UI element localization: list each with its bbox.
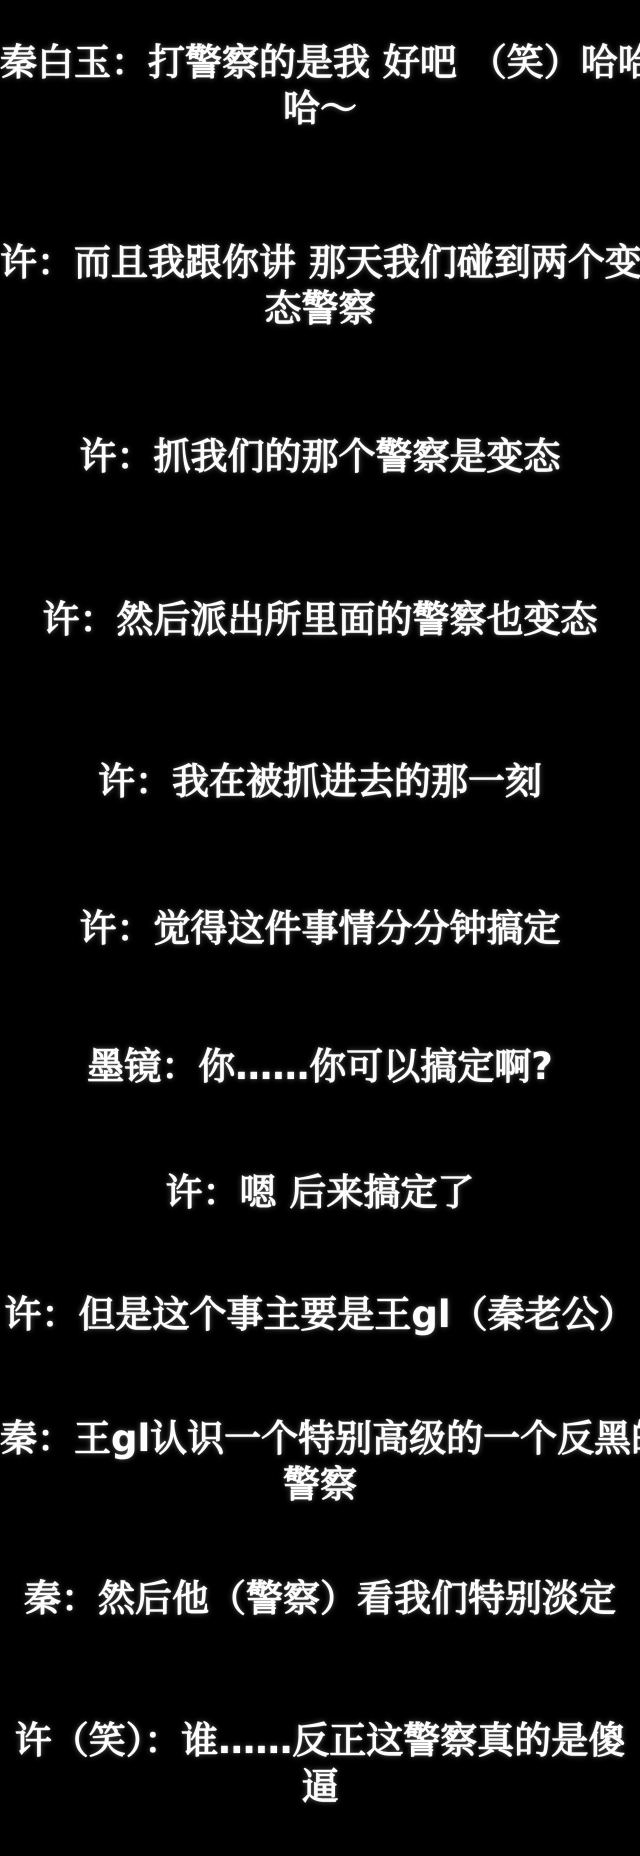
subtitle-line: 许：我在被抓进去的那一刻 [0,759,640,805]
subtitle-frame: 秦：王gl认识一个特别高级的一个反黑的 警察 [0,1416,640,1508]
subtitle-frame: 许：觉得这件事情分分钟搞定 [0,906,640,952]
subtitle-line: 许：而且我跟你讲 那天我们碰到两个变 [0,240,640,286]
subtitle-line: 秦白玉：打警察的是我 好吧 （笑）哈哈 [0,40,640,86]
subtitle-line: 墨镜：你……你可以搞定啊? [0,1044,640,1090]
subtitle-frame: 秦：然后他（警察）看我们特别淡定 [0,1576,640,1622]
subtitle-frame: 许：我在被抓进去的那一刻 [0,759,640,805]
subtitle-frame: 许：而且我跟你讲 那天我们碰到两个变 态警察 [0,240,640,332]
subtitle-line: 秦：王gl认识一个特别高级的一个反黑的 [0,1416,640,1462]
subtitle-line: 态警察 [0,286,640,332]
subtitle-frame: 许：嗯 后来搞定了 [0,1170,640,1216]
subtitle-frame: 许：然后派出所里面的警察也变态 [0,597,640,643]
subtitle-line: 逼 [0,1764,640,1810]
subtitle-frame: 墨镜：你……你可以搞定啊? [0,1044,640,1090]
subtitle-frame: 许：抓我们的那个警察是变态 [0,434,640,480]
subtitle-line: 许：觉得这件事情分分钟搞定 [0,906,640,952]
subtitle-line: 许（笑）：谁……反正这警察真的是傻 [0,1718,640,1764]
subtitle-line: 许：但是这个事主要是王gl（秦老公） [0,1292,640,1338]
subtitle-line: 许：抓我们的那个警察是变态 [0,434,640,480]
subtitle-line: 警察 [0,1462,640,1508]
subtitle-frame: 秦白玉：打警察的是我 好吧 （笑）哈哈 哈～ [0,40,640,132]
subtitle-collage: 秦白玉：打警察的是我 好吧 （笑）哈哈 哈～ 许：而且我跟你讲 那天我们碰到两个… [0,0,640,1856]
subtitle-frame: 许（笑）：谁……反正这警察真的是傻 逼 [0,1718,640,1810]
subtitle-frame: 许：但是这个事主要是王gl（秦老公） [0,1292,640,1338]
subtitle-line: 许：然后派出所里面的警察也变态 [0,597,640,643]
subtitle-line: 秦：然后他（警察）看我们特别淡定 [0,1576,640,1622]
subtitle-line: 许：嗯 后来搞定了 [0,1170,640,1216]
subtitle-line: 哈～ [0,86,640,132]
